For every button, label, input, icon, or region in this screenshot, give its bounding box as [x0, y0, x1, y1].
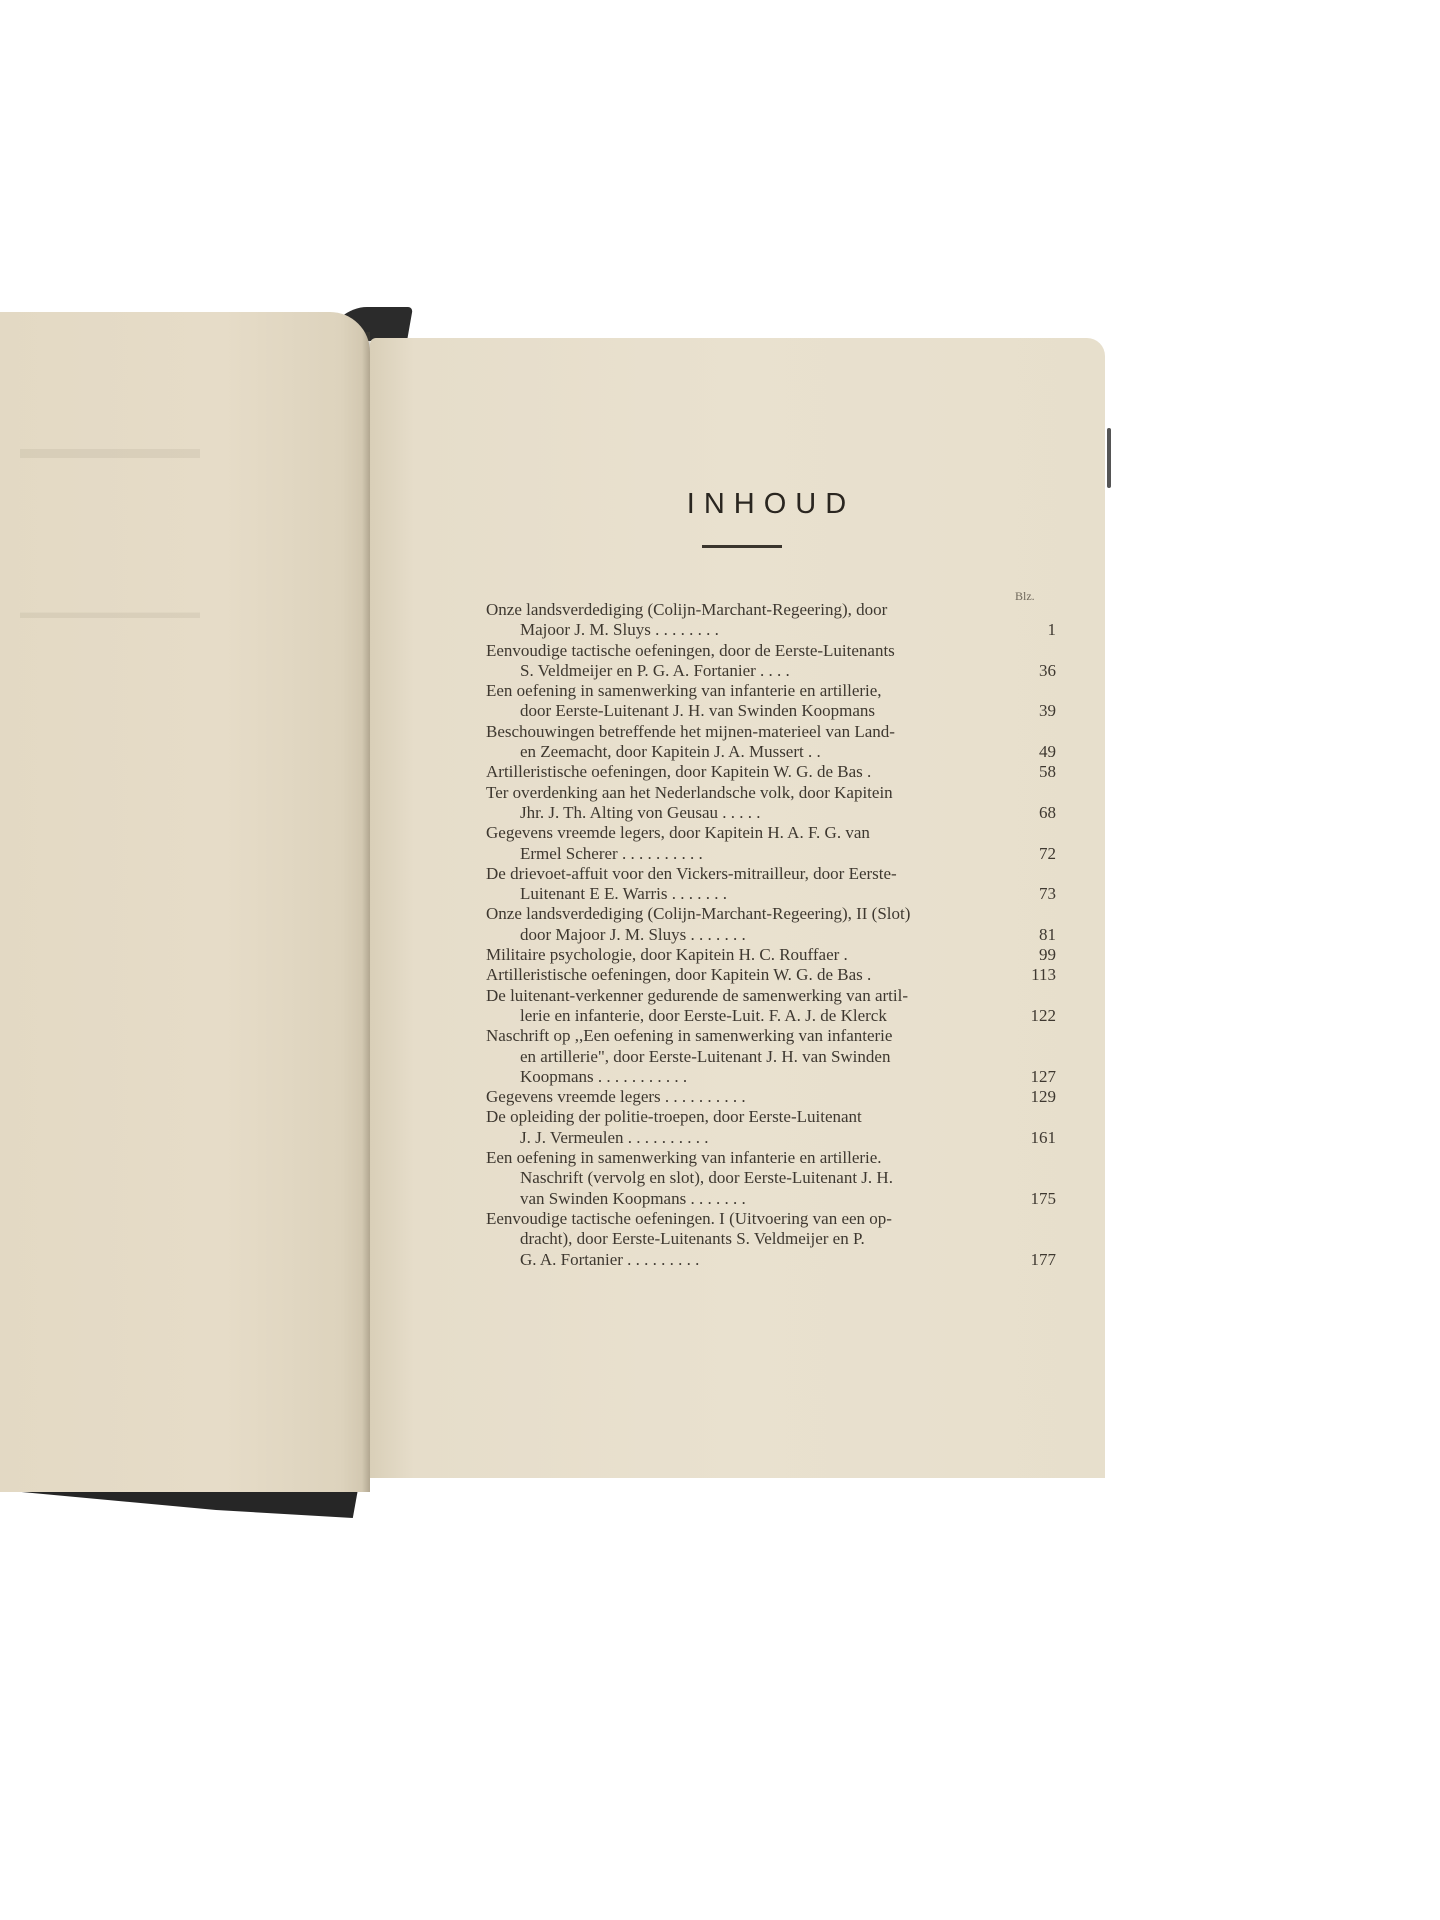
toc-entry: Artilleristische oefeningen, door Kapite… — [486, 762, 1056, 782]
toc-entry-line: lerie en infanterie, door Eerste-Luit. F… — [486, 1006, 994, 1026]
toc-entry-page-number: 73 — [1006, 884, 1056, 904]
toc-entry-page-number: 49 — [1006, 742, 1056, 762]
toc-entry-line: Ter overdenking aan het Nederlandsche vo… — [486, 783, 994, 803]
toc-entry-line: Onze landsverdediging (Colijn-Marchant-R… — [486, 904, 994, 924]
toc-entry-line: Gegevens vreemde legers . . . . . . . . … — [486, 1087, 994, 1107]
toc-entry: Gegevens vreemde legers, door Kapitein H… — [486, 823, 1056, 864]
table-of-contents: Onze landsverdediging (Colijn-Marchant-R… — [486, 600, 1056, 1270]
toc-entry-page-number: 72 — [1006, 844, 1056, 864]
toc-entry-line: van Swinden Koopmans . . . . . . . — [486, 1189, 994, 1209]
toc-entry-line: S. Veldmeijer en P. G. A. Fortanier . . … — [486, 661, 994, 681]
toc-entry-line: Naschrift (vervolg en slot), door Eerste… — [486, 1168, 994, 1188]
toc-entry-line: De opleiding der politie-troepen, door E… — [486, 1107, 994, 1127]
toc-entry: Ter overdenking aan het Nederlandsche vo… — [486, 783, 1056, 824]
toc-entry-line: De luitenant-verkenner gedurende de same… — [486, 986, 994, 1006]
toc-entry: Een oefening in samenwerking van infante… — [486, 1148, 1056, 1209]
toc-entry-line: De drievoet-affuit voor den Vickers-mitr… — [486, 864, 994, 884]
toc-entry-line: Militaire psychologie, door Kapitein H. … — [486, 945, 994, 965]
toc-entry: Onze landsverdediging (Colijn-Marchant-R… — [486, 904, 1056, 945]
toc-entry: De drievoet-affuit voor den Vickers-mitr… — [486, 864, 1056, 905]
toc-entry: Artilleristische oefeningen, door Kapite… — [486, 965, 1056, 985]
title-rule — [702, 545, 782, 548]
toc-entry: Eenvoudige tactische oefeningen, door de… — [486, 641, 1056, 682]
toc-entry: Beschouwingen betreffende het mijnen-mat… — [486, 722, 1056, 763]
toc-entry-page-number: 122 — [1006, 1006, 1056, 1026]
toc-entry-page-number: 129 — [1006, 1087, 1056, 1107]
toc-entry-line: Eenvoudige tactische oefeningen. I (Uitv… — [486, 1209, 994, 1229]
toc-entry-line: Een oefening in samenwerking van infante… — [486, 681, 994, 701]
bleed-through-text: ▬▬▬▬▬▬▬▬▬▬ — [20, 602, 200, 623]
toc-entry: Naschrift op ,,Een oefening in samenwerk… — [486, 1026, 1056, 1087]
toc-entry-line: Naschrift op ,,Een oefening in samenwerk… — [486, 1026, 994, 1046]
toc-entry-line: door Eerste-Luitenant J. H. van Swinden … — [486, 701, 994, 721]
toc-entry-line: en artillerie", door Eerste-Luitenant J.… — [486, 1047, 994, 1067]
toc-entry: Militaire psychologie, door Kapitein H. … — [486, 945, 1056, 965]
toc-entry-line: Artilleristische oefeningen, door Kapite… — [486, 762, 994, 782]
toc-entry: De opleiding der politie-troepen, door E… — [486, 1107, 1056, 1148]
toc-entry-line: Onze landsverdediging (Colijn-Marchant-R… — [486, 600, 994, 620]
toc-entry: Onze landsverdediging (Colijn-Marchant-R… — [486, 600, 1056, 641]
toc-entry-line: Jhr. J. Th. Alting von Geusau . . . . . — [486, 803, 994, 823]
toc-entry-page-number: 36 — [1006, 661, 1056, 681]
toc-entry-page-number: 127 — [1006, 1067, 1056, 1087]
toc-entry-line: Koopmans . . . . . . . . . . . — [486, 1067, 994, 1087]
toc-entry-page-number: 1 — [1006, 620, 1056, 640]
toc-title: INHOUD — [0, 488, 1440, 521]
toc-entry-line: Gegevens vreemde legers, door Kapitein H… — [486, 823, 994, 843]
toc-entry-page-number: 39 — [1006, 701, 1056, 721]
toc-entry-line: door Majoor J. M. Sluys . . . . . . . — [486, 925, 994, 945]
toc-entry-page-number: 161 — [1006, 1128, 1056, 1148]
toc-entry-line: en Zeemacht, door Kapitein J. A. Mussert… — [486, 742, 994, 762]
toc-entry-line: Een oefening in samenwerking van infante… — [486, 1148, 994, 1168]
toc-entry-page-number: 99 — [1006, 945, 1056, 965]
toc-entry: De luitenant-verkenner gedurende de same… — [486, 986, 1056, 1027]
toc-entry: Eenvoudige tactische oefeningen. I (Uitv… — [486, 1209, 1056, 1270]
toc-entry: Een oefening in samenwerking van infante… — [486, 681, 1056, 722]
toc-entry-page-number: 58 — [1006, 762, 1056, 782]
toc-entry-line: Artilleristische oefeningen, door Kapite… — [486, 965, 994, 985]
bleed-through-text: ▬▬▬▬▬▬ — [20, 432, 200, 466]
toc-entry-line: dracht), door Eerste-Luitenants S. Veldm… — [486, 1229, 994, 1249]
toc-entry-line: G. A. Fortanier . . . . . . . . . — [486, 1250, 994, 1270]
toc-entry-line: Majoor J. M. Sluys . . . . . . . . — [486, 620, 994, 640]
toc-entry-page-number: 68 — [1006, 803, 1056, 823]
toc-entry-page-number: 113 — [1006, 965, 1056, 985]
toc-entry: Gegevens vreemde legers . . . . . . . . … — [486, 1087, 1056, 1107]
toc-entry-line: Eenvoudige tactische oefeningen, door de… — [486, 641, 994, 661]
toc-entry-line: Luitenant E E. Warris . . . . . . . — [486, 884, 994, 904]
toc-entry-page-number: 175 — [1006, 1189, 1056, 1209]
toc-entry-page-number: 81 — [1006, 925, 1056, 945]
toc-entry-line: Ermel Scherer . . . . . . . . . . — [486, 844, 994, 864]
toc-entry-line: Beschouwingen betreffende het mijnen-mat… — [486, 722, 994, 742]
toc-entry-line: J. J. Vermeulen . . . . . . . . . . — [486, 1128, 994, 1148]
toc-entry-page-number: 177 — [1006, 1250, 1056, 1270]
